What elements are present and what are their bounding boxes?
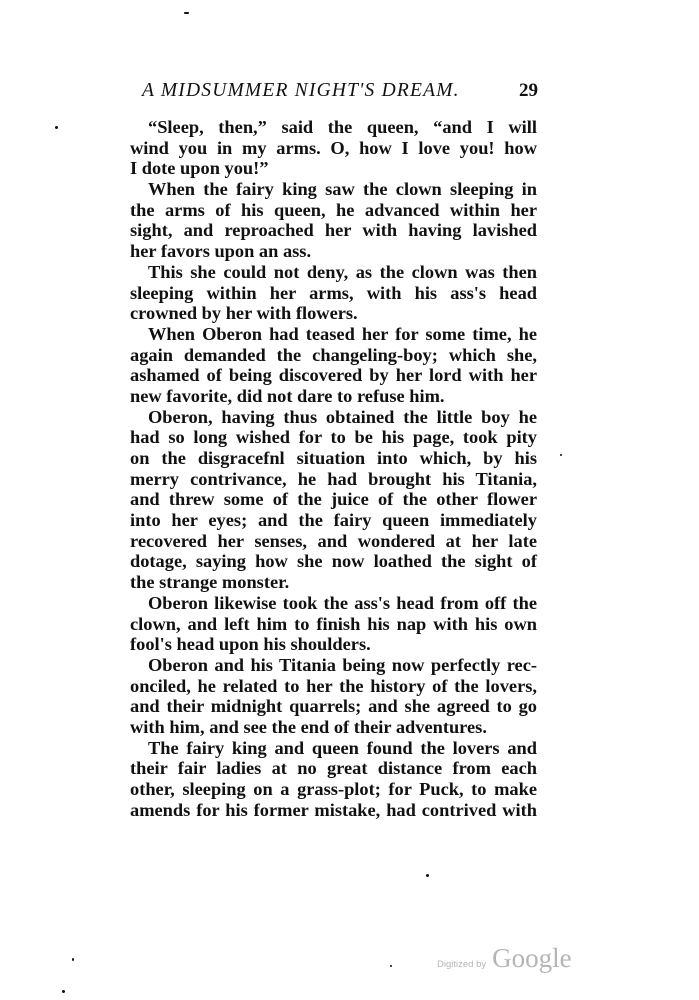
text-line: into her eyes; and the fairy queen immed… bbox=[130, 510, 537, 531]
digitized-by-google-watermark: Digitized by Google bbox=[437, 943, 572, 974]
text-line: again demanded the changeling-boy; which… bbox=[130, 345, 537, 366]
text-line: clown, and left him to finish his nap wi… bbox=[130, 614, 537, 635]
text-line: Oberon and his Titania being now perfect… bbox=[130, 655, 537, 676]
running-head: A MIDSUMMER NIGHT'S DREAM. 29 bbox=[142, 80, 538, 104]
scan-speck bbox=[184, 12, 189, 14]
text-line: The fairy king and queen found the lover… bbox=[130, 738, 537, 759]
text-line: Oberon likewise took the ass's head from… bbox=[130, 593, 537, 614]
text-line: had so long wished for to be his page, t… bbox=[130, 427, 537, 448]
scanned-book-page: A MIDSUMMER NIGHT'S DREAM. 29 “Sleep, th… bbox=[0, 0, 699, 1000]
text-line: on the disgracefnl situation into which,… bbox=[130, 448, 537, 469]
text-line: ashamed of being discovered by her lord … bbox=[130, 365, 537, 386]
text-line: When Oberon had teased her for some time… bbox=[130, 324, 537, 345]
scan-speck bbox=[426, 874, 429, 877]
digitized-by-label: Digitized by bbox=[437, 959, 486, 970]
text-line: with him, and see the end of their adven… bbox=[130, 717, 537, 738]
text-line: crowned by her with flowers. bbox=[130, 303, 537, 324]
text-line: other, sleeping on a grass-plot; for Puc… bbox=[130, 779, 537, 800]
text-line: and their midnight quarrels; and she agr… bbox=[130, 696, 537, 717]
text-line: When the fairy king saw the clown sleepi… bbox=[130, 179, 537, 200]
text-line: wind you in my arms. O, how I love you! … bbox=[130, 138, 537, 159]
scan-speck bbox=[72, 958, 74, 961]
text-line: sleeping within her arms, with his ass's… bbox=[130, 283, 537, 304]
page-number: 29 bbox=[519, 80, 538, 102]
text-line: This she could not deny, as the clown wa… bbox=[130, 262, 537, 283]
running-head-title: A MIDSUMMER NIGHT'S DREAM. bbox=[142, 80, 460, 102]
text-line: her favors upon an ass. bbox=[130, 241, 537, 262]
text-line: merry contrivance, he had brought his Ti… bbox=[130, 469, 537, 490]
scan-speck bbox=[390, 965, 392, 967]
text-line: amends for his former mistake, had contr… bbox=[130, 800, 537, 821]
text-line: Oberon, having thus obtained the little … bbox=[130, 407, 537, 428]
text-line: onciled, he related to her the history o… bbox=[130, 676, 537, 697]
text-line: the arms of his queen, he advanced withi… bbox=[130, 200, 537, 221]
text-line: new favorite, did not dare to refuse him… bbox=[130, 386, 537, 407]
google-logo: Google bbox=[492, 943, 571, 973]
scan-speck bbox=[62, 990, 65, 993]
text-line: the strange monster. bbox=[130, 572, 537, 593]
scan-speck bbox=[560, 454, 562, 456]
text-line: “Sleep, then,” said the queen, “and I wi… bbox=[130, 117, 537, 138]
text-line: sight, and reproached her with having la… bbox=[130, 220, 537, 241]
text-line: I dote upon you!” bbox=[130, 158, 537, 179]
text-line: and threw some of the juice of the other… bbox=[130, 489, 537, 510]
text-line: dotage, saying how she now loathed the s… bbox=[130, 551, 537, 572]
text-line: recovered her senses, and wondered at he… bbox=[130, 531, 537, 552]
body-text: “Sleep, then,” said the queen, “and I wi… bbox=[130, 117, 537, 820]
text-line: fool's head upon his shoulders. bbox=[130, 634, 537, 655]
scan-speck bbox=[55, 126, 58, 129]
text-line: their fair ladies at no great distance f… bbox=[130, 758, 537, 779]
